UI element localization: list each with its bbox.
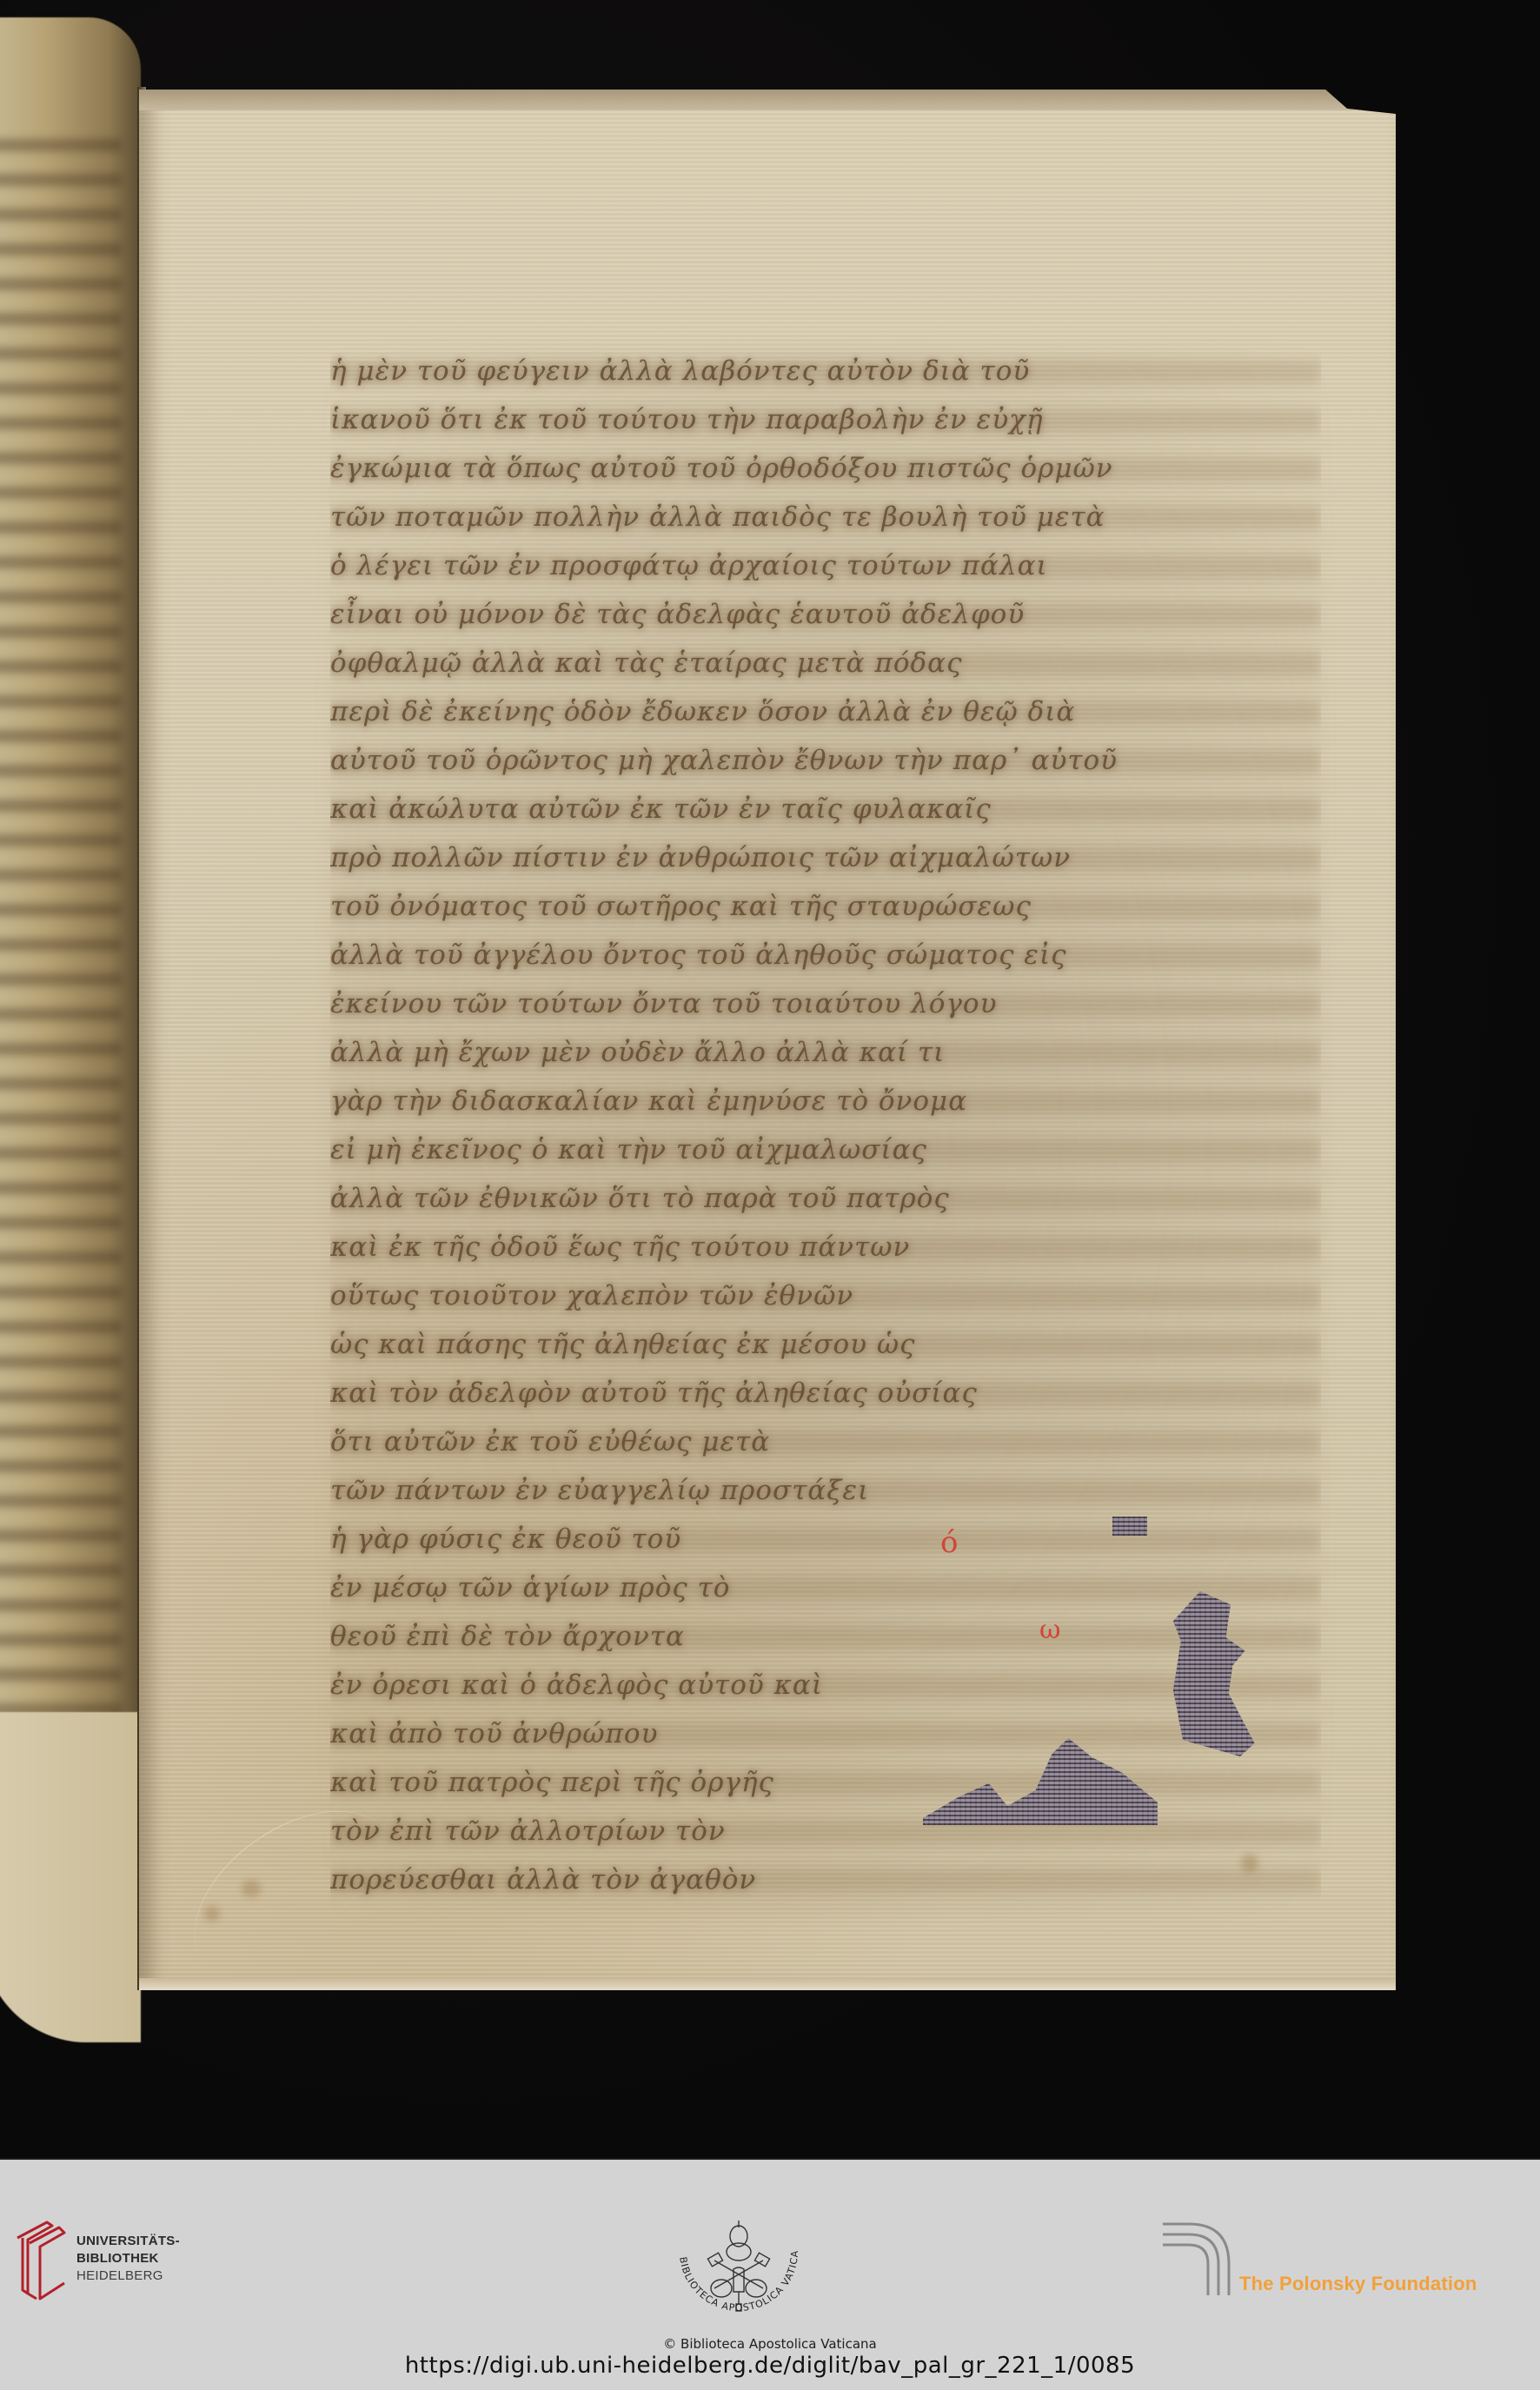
recto-page: 38 ἡ μὲν τοῦ φεύγειν ἀλλὰ λαβόντες αὐτὸν… — [139, 90, 1396, 1990]
manuscript-scan: 38 ἡ μὲν τοῦ φεύγειν ἀλλὰ λαβόντες αὐτὸν… — [0, 0, 1540, 2158]
ub-wordmark-line1: UNIVERSITÄTS- — [76, 2233, 180, 2250]
manuscript-line: εἶναι οὐ μόνον δὲ τὰς ἀδελφὰς ἑαυτοῦ ἀδε… — [330, 594, 1321, 635]
manuscript-line: καὶ τοῦ πατρὸς περὶ τῆς ὀργῆς — [330, 1762, 1321, 1803]
manuscript-line: τῶν πάντων ἐν εὐαγγελίῳ προστάξει — [330, 1470, 1321, 1511]
copyright-notice: © Biblioteca Apostolica Vaticana — [0, 2336, 1540, 2352]
manuscript-line: τοῦ ὀνόματος τοῦ σωτῆρος καὶ τῆς σταυρώσ… — [330, 886, 1321, 927]
manuscript-line: πρὸ πολλῶν πίστιν ἐν ἀνθρώποις τῶν αἰχμα… — [330, 837, 1321, 879]
manuscript-line: καὶ ἀπὸ τοῦ ἀνθρώπου — [330, 1713, 1321, 1755]
manuscript-line: πορεύεσθαι ἀλλὰ τὸν ἀγαθὸν — [330, 1859, 1321, 1901]
manuscript-line: οὕτως τοιοῦτον χαλεπὸν τῶν ἐθνῶν — [330, 1275, 1321, 1317]
manuscript-line: ἡ γὰρ φύσις ἐκ θεοῦ τοῦ — [330, 1518, 1321, 1560]
rubric-omega: ω — [1039, 1615, 1060, 1645]
page-top-edge — [139, 90, 1396, 110]
manuscript-line: ἱκανοῦ ὅτι ἐκ τοῦ τούτου τὴν παραβολὴν ἐ… — [330, 399, 1321, 441]
gauze-repair-hole-small — [1112, 1517, 1147, 1536]
manuscript-line: θεοῦ ἐπὶ δὲ τὸν ἄρχοντα — [330, 1616, 1321, 1657]
manuscript-line: αὐτοῦ τοῦ ὁρῶντος μὴ χαλεπὸν ἔθνων τὴν π… — [330, 740, 1321, 781]
polonsky-arc-icon — [1163, 2221, 1232, 2299]
manuscript-line: ὁ λέγει τῶν ἐν προσφάτῳ ἀρχαίοις τούτων … — [330, 545, 1321, 587]
verso-page-edge — [0, 17, 141, 2042]
vatican-library-seal-icon: BIBLIOTECA APOSTOLICA VATICANA — [660, 2217, 817, 2335]
manuscript-line: ἀλλὰ τοῦ ἀγγέλου ὄντος τοῦ ἀληθοῦς σώματ… — [330, 934, 1321, 976]
manuscript-line: ἀλλὰ τῶν ἐθνικῶν ὅτι τὸ παρὰ τοῦ πατρὸς — [330, 1178, 1321, 1219]
manuscript-line: καὶ τὸν ἀδελφὸν αὐτοῦ τῆς ἀληθείας οὐσία… — [330, 1372, 1321, 1414]
verso-blurred-text — [0, 139, 122, 1877]
manuscript-line: ὅτι αὐτῶν ἐκ τοῦ εὐθέως μετὰ — [330, 1421, 1321, 1463]
manuscript-line: περὶ δὲ ἐκείνης ὁδὸν ἔδωκεν ὅσον ἀλλὰ ἐν… — [330, 691, 1321, 733]
ub-wordmark-line3: HEIDELBERG — [76, 2267, 180, 2285]
footer-bar: UNIVERSITÄTS- BIBLIOTHEK HEIDELBERG BIBL… — [0, 2158, 1540, 2390]
manuscript-line: ἐν ὀρεσι καὶ ὁ ἀδελφὸς αὐτοῦ καὶ — [330, 1664, 1321, 1706]
page-bottom-edge — [139, 1978, 1396, 1990]
verso-page-lower-blank — [0, 1712, 141, 2042]
manuscript-line: ἐκείνου τῶν τούτων ὄντα τοῦ τοιαύτου λόγ… — [330, 983, 1321, 1025]
manuscript-line: γὰρ τὴν διδασκαλίαν καὶ ἐμηνύσε τὸ ὄνομα — [330, 1080, 1321, 1122]
foxing-stain — [1241, 1854, 1258, 1873]
manuscript-line: τὸν ἐπὶ τῶν ἀλλοτρίων τὸν — [330, 1810, 1321, 1852]
manuscript-line: ἐγκώμια τὰ ὅπως αὐτοῦ τοῦ ὀρθοδόξου πιστ… — [330, 448, 1321, 489]
manuscript-line: τῶν ποταμῶν πολλὴν ἀλλὰ παιδὸς τε βουλὴ … — [330, 496, 1321, 538]
ub-heidelberg-wordmark: UNIVERSITÄTS- BIBLIOTHEK HEIDELBERG — [76, 2233, 180, 2285]
manuscript-line: ἡ μὲν τοῦ φεύγειν ἀλλὰ λαβόντες αὐτὸν δι… — [330, 350, 1321, 392]
manuscript-line: εἰ μὴ ἐκεῖνος ὁ καὶ τὴν τοῦ αἰχμαλωσίας — [330, 1129, 1321, 1171]
manuscript-line: ὀφθαλμῷ ἀλλὰ καὶ τὰς ἑταίρας μετὰ πόδας — [330, 642, 1321, 684]
manuscript-line: ὡς καὶ πάσης τῆς ἀληθείας ἐκ μέσου ὡς — [330, 1324, 1321, 1365]
rubric-omicron: ό — [940, 1525, 958, 1560]
ub-heidelberg-logo-icon — [16, 2219, 68, 2302]
manuscript-line: καὶ ἀκώλυτα αὐτῶν ἐκ τῶν ἐν ταῖς φυλακαῖ… — [330, 788, 1321, 830]
permalink-url[interactable]: https://digi.ub.uni-heidelberg.de/diglit… — [0, 2353, 1540, 2379]
ub-wordmark-line2: BIBLIOTHEK — [76, 2250, 180, 2267]
manuscript-line: ἐν μέσῳ τῶν ἁγίων πρὸς τὸ — [330, 1567, 1321, 1609]
manuscript-line: καὶ ἐκ τῆς ὁδοῦ ἕως τῆς τούτου πάντων — [330, 1226, 1321, 1268]
manuscript-line: ἀλλὰ μὴ ἔχων μὲν οὐδὲν ἄλλο ἀλλὰ καί τι — [330, 1032, 1321, 1073]
polonsky-foundation-wordmark: The Polonsky Foundation — [1239, 2273, 1477, 2295]
manuscript-text-block: ἡ μὲν τοῦ φεύγειν ἀλλὰ λαβόντες αὐτὸν δι… — [330, 350, 1321, 1915]
folio-number: 38 — [1417, 229, 1450, 263]
